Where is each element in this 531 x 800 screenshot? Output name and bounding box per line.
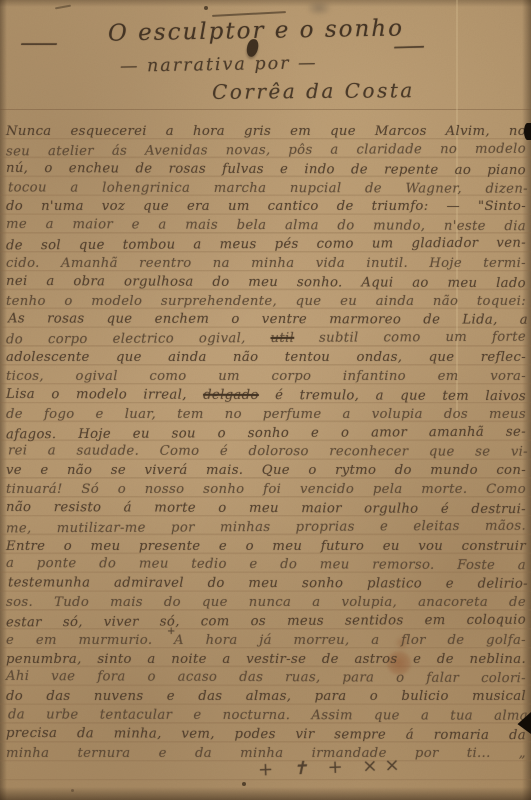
- manuscript-line: do das nuvens e das almas, para o bulici…: [6, 688, 526, 707]
- manuscript-line: me, mutilizar-me por minhas proprias e e…: [6, 517, 526, 539]
- manuscript-line: adolescente que ainda não tentou ondas, …: [6, 349, 526, 368]
- separator-line: [0, 109, 531, 110]
- manuscript-line-text: Lisa o modelo irreal,: [6, 387, 203, 403]
- author-name: Corrêa da Costa: [212, 78, 415, 104]
- manuscript-photo: — O esculptor e o sonho — — narrativa po…: [0, 0, 531, 800]
- manuscript-line: não resisto á morte o meu maior orgulho …: [6, 499, 526, 520]
- manuscript-line: ticos, ogival como um corpo infantino em…: [6, 368, 526, 387]
- manuscript-line: seu atelier ás Avenidas novas, pôs a cla…: [6, 140, 526, 162]
- manuscript-line: Nunca esquecerei a hora gris em que Marc…: [6, 123, 526, 142]
- manuscript-line: Entre o meu presente e o meu futuro eu v…: [6, 538, 526, 557]
- manuscript-line: tocou a lohengrinica marcha nupcial de W…: [8, 179, 528, 199]
- manuscript-line-text: adolescente que ainda não tentou ondas, …: [6, 350, 526, 365]
- manuscript-line: nei a obra orgulhosa do meu sonho. Aqui …: [6, 273, 526, 294]
- manuscript-line: de sol que tombou a meus pés como um gla…: [6, 235, 526, 257]
- manuscript-line-text: As rosas que enchem o ventre marmoreo de…: [8, 312, 528, 328]
- manuscript-line: do n'uma voz que era um cantico de trium…: [6, 198, 526, 217]
- manuscript-line-text: do n'uma voz que era um cantico de trium…: [6, 199, 526, 214]
- manuscript-line-text: sos. Tudo mais do que nunca a volupia, a…: [6, 595, 526, 610]
- top-smudge: [306, 0, 332, 16]
- byline: — narrativa por —: [120, 53, 318, 76]
- manuscript-line-text: não resisto á morte o meu maior orgulho …: [6, 500, 526, 517]
- manuscript-line-text: subtil como um forte: [294, 330, 526, 346]
- manuscript-line-text: de sol que tombou a meus pés como um gla…: [6, 236, 526, 254]
- manuscript-line: de fogo e luar, tem no perfume a volupia…: [6, 406, 526, 425]
- manuscript-line-text: cido. Amanhã reentro na minha vida inuti…: [6, 256, 526, 271]
- manuscript-line: testemunha admiravel do meu sonho plasti…: [8, 575, 528, 595]
- manuscript-line-text: seu atelier ás Avenidas novas, pôs a cla…: [6, 141, 526, 159]
- manuscript-line: Lisa o modelo irreal, delgado é tremulo,…: [6, 386, 526, 407]
- torn-edge-right-top: [524, 123, 531, 140]
- insertion-mark: +: [167, 626, 175, 637]
- title-dash-left: —: [20, 28, 59, 58]
- title-dash-right: —: [392, 31, 426, 62]
- manuscript-line-text: da urbe tentacular e nocturna. Assim que…: [8, 707, 528, 723]
- manuscript-line: tinuará! Só o nosso sonho foi vencido pe…: [6, 481, 526, 500]
- manuscript-line-text: ticos, ogival como um corpo infantino em…: [6, 369, 526, 384]
- ink-speck: [204, 6, 208, 10]
- manuscript-line-text: me, mutilizar-me por minhas proprias e e…: [6, 518, 526, 536]
- page-title: O esculptor e o sonho: [108, 15, 404, 46]
- manuscript-line: sos. Tudo mais do que nunca a volupia, a…: [6, 594, 526, 613]
- manuscript-line-text: Entre o meu presente e o meu futuro eu v…: [6, 539, 526, 554]
- manuscript-line-text: do das nuvens e das almas, para o bulici…: [6, 689, 526, 704]
- manuscript-line-text: tenho o modelo surprehendente, que eu ai…: [6, 294, 526, 309]
- manuscript-line-text: nú, o encheu de rosas fulvas e indo de r…: [6, 161, 526, 178]
- manuscript-line: afagos. Hoje eu sou o sonho e o amor ama…: [6, 423, 526, 445]
- ink-speck: [242, 782, 246, 786]
- manuscript-line: me a maior e a mais bela alma do mundo, …: [6, 216, 526, 237]
- manuscript-line-text: e em murmurio. A hora já morreu, a flor …: [6, 633, 526, 648]
- manuscript-line: da urbe tentacular e nocturna. Assim que…: [8, 706, 528, 726]
- manuscript-line: rei a saudade. Como é doloroso reconhece…: [8, 443, 528, 463]
- manuscript-line: do corpo electrico ogival, util subtil c…: [6, 329, 526, 351]
- manuscript-line-text: rei a saudade. Como é doloroso reconhece…: [8, 444, 528, 460]
- manuscript-line: ve e não se viverá mais. Que o rytmo do …: [6, 462, 526, 481]
- manuscript-line: As rosas que enchem o ventre marmoreo de…: [8, 311, 528, 331]
- manuscript-line-text: nei a obra orgulhosa do meu sonho. Aqui …: [6, 274, 526, 291]
- manuscript-line-text: Nunca esquecerei a hora gris em que Marc…: [6, 124, 526, 139]
- manuscript-line-text: tinuará! Só o nosso sonho foi vencido pe…: [6, 482, 526, 497]
- manuscript-line-text: do corpo electrico ogival,: [6, 331, 271, 347]
- body-text: Nunca esquecerei a hora gris em que Marc…: [6, 123, 526, 764]
- manuscript-line-text: ve e não se viverá mais. Que o rytmo do …: [6, 463, 526, 478]
- manuscript-line-text: Ahi vae fora o acaso das ruas, para o fa…: [6, 669, 526, 686]
- manuscript-line: cido. Amanhã reentro na minha vida inuti…: [6, 255, 526, 274]
- manuscript-line: penumbra, sinto a noite a vestir-se de a…: [6, 651, 526, 670]
- manuscript-line: tenho o modelo surprehendente, que eu ai…: [6, 293, 526, 312]
- ink-speck: [71, 789, 74, 792]
- strikethrough-text: util: [271, 331, 295, 346]
- strikethrough-text: delgado: [203, 388, 259, 403]
- manuscript-line-text: estar só, viver só, com os meus sentidos…: [6, 613, 526, 631]
- manuscript-line-text: penumbra, sinto a noite a vestir-se de a…: [6, 652, 526, 667]
- manuscript-line-text: testemunha admiravel do meu sonho plasti…: [8, 576, 528, 592]
- manuscript-line: nú, o encheu de rosas fulvas e indo de r…: [6, 160, 526, 181]
- manuscript-line-text: a ponte do meu tedio e do meu remorso. F…: [6, 556, 526, 573]
- manuscript-line-text: precisa da minha, vem, podes vir sempre …: [6, 726, 526, 743]
- manuscript-line: Ahi vae fora o acaso das ruas, para o fa…: [6, 668, 526, 689]
- manuscript-line: precisa da minha, vem, podes vir sempre …: [6, 725, 526, 746]
- manuscript-line: estar só, viver só, com os meus sentidos…: [6, 612, 526, 634]
- manuscript-line-text: tocou a lohengrinica marcha nupcial de W…: [8, 180, 528, 196]
- manuscript-line-text: de fogo e luar, tem no perfume a volupia…: [6, 407, 526, 422]
- manuscript-line-text: afagos. Hoje eu sou o sonho e o amor ama…: [6, 424, 526, 442]
- manuscript-line-text: me a maior e a mais bela alma do mundo, …: [6, 217, 526, 234]
- manuscript-line: a ponte do meu tedio e do meu remorso. F…: [6, 555, 526, 576]
- manuscript-line-text: é tremulo, a que tem laivos: [259, 388, 526, 404]
- manuscript-line: e em murmurio. A hora já morreu, a flor …: [6, 632, 526, 651]
